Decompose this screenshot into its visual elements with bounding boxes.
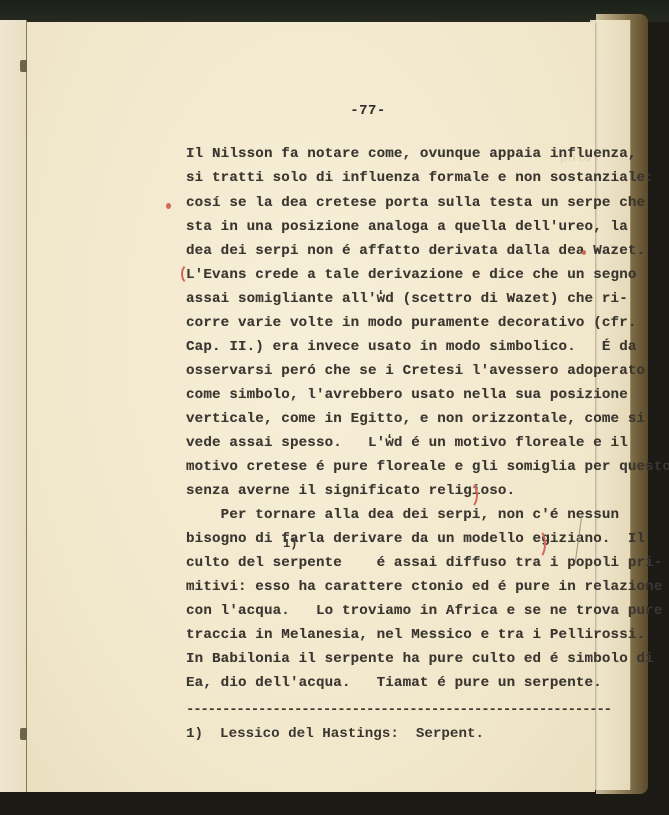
- red-pencil-bracket: [181, 263, 199, 285]
- text-line: culto del serpente é assai diffuso tra i…: [186, 555, 663, 571]
- text-line: assai somigliante all'w̒d (scettro di Wa…: [186, 291, 628, 307]
- text-line: traccia in Melanesia, nel Messico e tra …: [186, 627, 645, 643]
- previous-page-edge: [0, 20, 27, 792]
- text-line: L'Evans crede a tale derivazione e dice …: [186, 267, 637, 283]
- text-line: mitivi: esso ha carattere ctonio ed é pu…: [186, 579, 663, 595]
- scanner-background-top: [0, 0, 669, 22]
- text-line: vede assai spesso. L'w̒d é un motivo flo…: [186, 435, 628, 451]
- text-line: corre varie volte in modo puramente deco…: [186, 315, 637, 331]
- red-pencil-bracket: [530, 529, 546, 559]
- text-line: Per tornare alla dea dei serpi, non c'é …: [186, 507, 619, 523]
- text-line: sta in una posizione analoga a quella de…: [186, 219, 628, 235]
- text-line: con l'acqua. Lo troviamo in Africa e se …: [186, 603, 663, 619]
- footnote-separator: ----------------------------------------…: [186, 702, 611, 718]
- text-line: osservarsi peró che se i Cretesi l'avess…: [186, 363, 645, 379]
- text-line: verticale, come in Egitto, e non orizzon…: [186, 411, 645, 427]
- footnote: 1) Lessico del Hastings: Serpent.: [186, 726, 484, 742]
- text-line: come simbolo, l'avrebbero usato nella su…: [186, 387, 628, 403]
- footnote-reference: 1): [283, 537, 297, 551]
- text-line: Cap. II.) era invece usato in modo simbo…: [186, 339, 637, 355]
- text-line: si tratti solo di influenza formale e no…: [186, 170, 654, 186]
- text-line: In Babilonia il serpente ha pure culto e…: [186, 651, 654, 667]
- text-line: Il Nilsson fa notare come, ovunque appai…: [186, 146, 637, 162]
- red-pencil-bracket: [460, 481, 478, 509]
- text-line: cosí se la dea cretese porta sulla testa…: [186, 195, 645, 211]
- red-pencil-dot: [582, 250, 586, 255]
- red-pencil-dot: [166, 203, 171, 209]
- text-line: motivo cretese é pure floreale e gli som…: [186, 459, 669, 475]
- text-line: Ea, dio dell'acqua. Tiamat é pure un ser…: [186, 675, 602, 691]
- text-line: dea dei serpi non é affatto derivata dal…: [186, 243, 645, 259]
- page-number: -77-: [350, 103, 386, 119]
